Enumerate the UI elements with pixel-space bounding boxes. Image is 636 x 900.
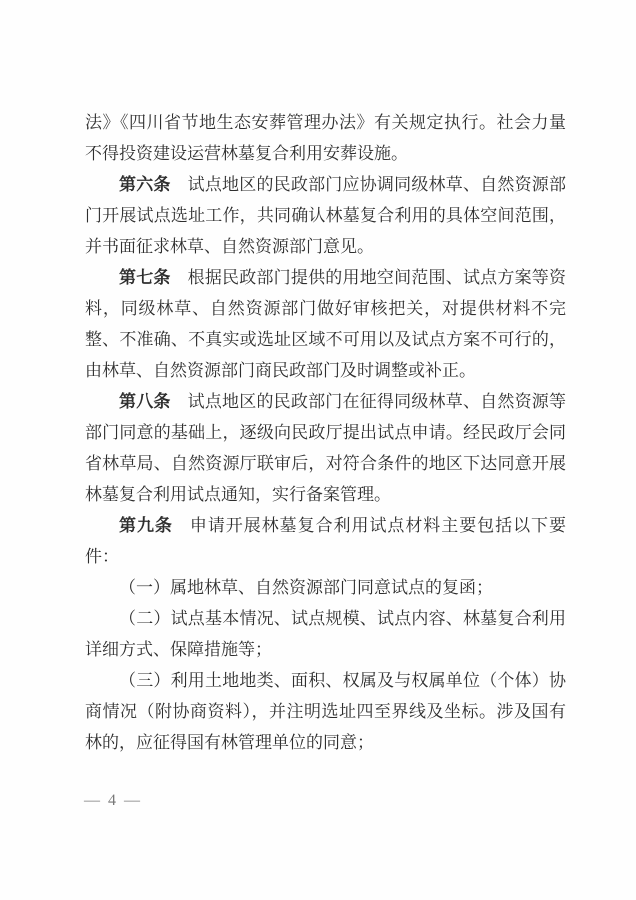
- paragraph-article-7: 第七条根据民政部门提供的用地空间范围、试点方案等资料，同级林草、自然资源部门做好…: [85, 262, 566, 386]
- paragraph-text: （一）属地林草、自然资源部门同意试点的复函；: [119, 578, 493, 597]
- paragraph-article-6: 第六条试点地区的民政部门应协调同级林草、自然资源部门开展试点选址工作，共同确认林…: [85, 169, 566, 262]
- paragraph-text: （二）试点基本情况、试点规模、试点内容、林墓复合利用详细方式、保障措施等；: [85, 609, 566, 659]
- paragraph-list-item-1: （一）属地林草、自然资源部门同意试点的复函；: [85, 572, 566, 603]
- paragraph-list-item-2: （二）试点基本情况、试点规模、试点内容、林墓复合利用详细方式、保障措施等；: [85, 603, 566, 665]
- article-heading: 第八条: [119, 392, 171, 411]
- page-number: — 4 —: [84, 791, 142, 811]
- paragraph-text: 法》《四川省节地生态安葬管理办法》有关规定执行。社会力量不得投资建设运营林墓复合…: [85, 113, 566, 163]
- paragraph-continuation: 法》《四川省节地生态安葬管理办法》有关规定执行。社会力量不得投资建设运营林墓复合…: [85, 107, 566, 169]
- article-heading: 第六条: [119, 175, 171, 194]
- paragraph-list-item-3: （三）利用土地地类、面积、权属及与权属单位（个体）协商情况（附协商资料），并注明…: [85, 665, 566, 758]
- paragraph-article-8: 第八条试点地区的民政部门在征得同级林草、自然资源等部门同意的基础上，逐级向民政厅…: [85, 386, 566, 510]
- paragraph-article-9: 第九条申请开展林墓复合利用试点材料主要包括以下要件：: [85, 510, 566, 572]
- article-heading: 第九条: [119, 516, 173, 535]
- article-heading: 第七条: [119, 268, 171, 287]
- paragraph-text: （三）利用土地地类、面积、权属及与权属单位（个体）协商情况（附协商资料），并注明…: [85, 671, 566, 752]
- document-page: 法》《四川省节地生态安葬管理办法》有关规定执行。社会力量不得投资建设运营林墓复合…: [0, 0, 636, 900]
- document-body-text: 法》《四川省节地生态安葬管理办法》有关规定执行。社会力量不得投资建设运营林墓复合…: [85, 107, 566, 758]
